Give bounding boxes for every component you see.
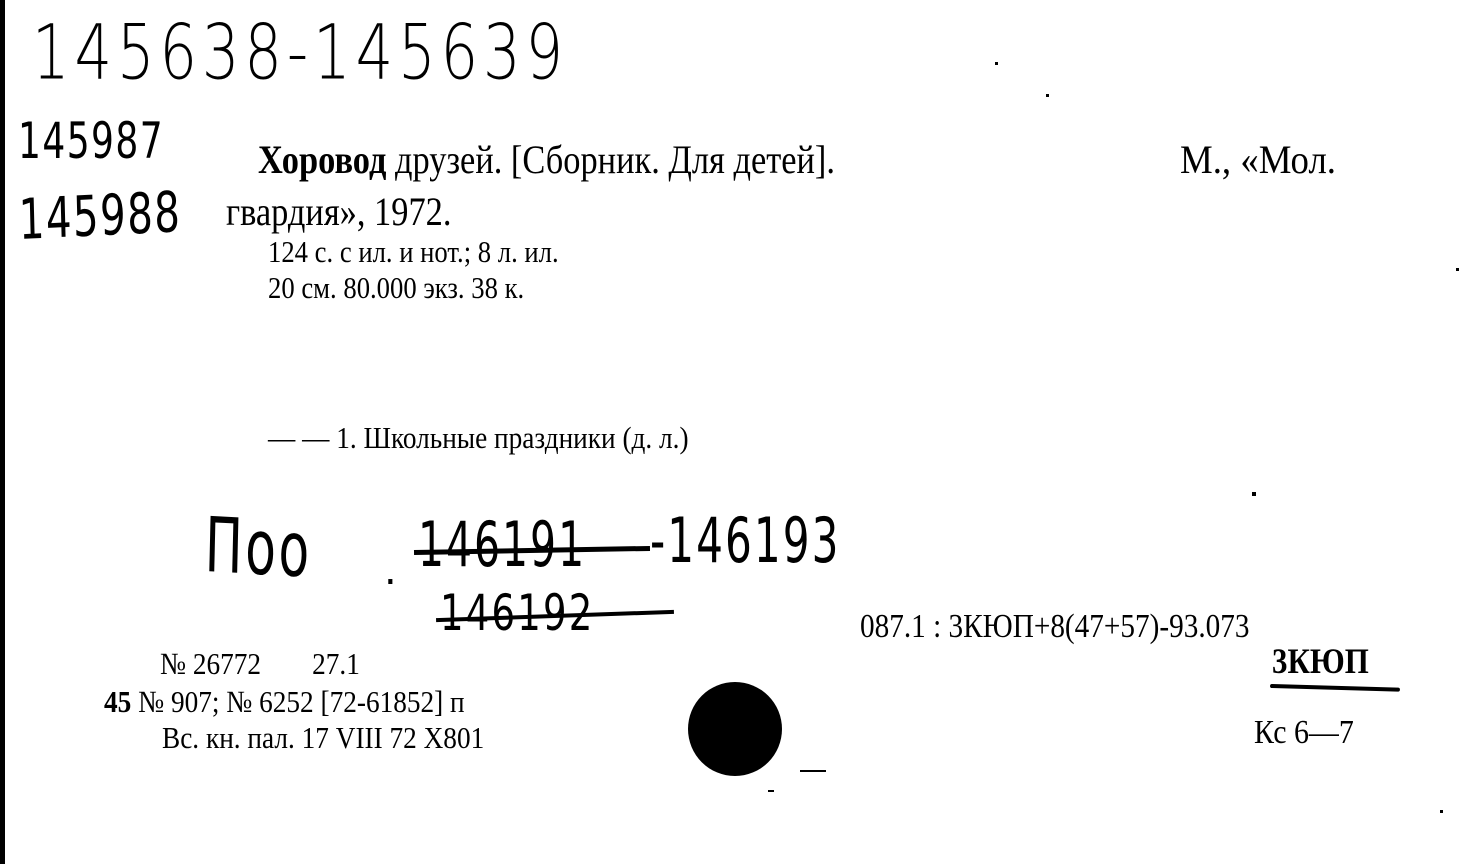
scan-speck xyxy=(1440,810,1443,813)
collation-line-1: 124 с. с ил. и нот.; 8 л. ил. xyxy=(268,234,559,270)
registration-line-2: 45 № 907; № 6252 [72-61852] п xyxy=(104,684,465,720)
handwritten-inventory-number-2: 145988 xyxy=(18,180,182,253)
title-line: Хоровод друзей. [Сборник. Для детей]. xyxy=(258,136,835,183)
registration-line-1: № 2677227.1 xyxy=(160,646,360,682)
handwritten-inventory-number-1: 145987 xyxy=(18,112,164,170)
scan-speck xyxy=(1252,492,1256,496)
registration-bold-number: 45 xyxy=(104,684,131,719)
title-rest: друзей. [Сборник. Для детей]. xyxy=(386,137,835,182)
registration-number: № 26772 xyxy=(160,646,261,681)
handwritten-inventory-range: 145638-145639 xyxy=(32,8,568,96)
scan-speck xyxy=(1456,268,1459,271)
handwritten-struck-number-1: 146191 xyxy=(418,508,586,581)
publisher-start: М., «Мол. xyxy=(1180,136,1336,183)
registration-line-2-rest: № 907; № 6252 [72-61852] п xyxy=(131,684,464,719)
catalog-card: 145638-145639 145987 145988 Хоровод друз… xyxy=(0,0,1480,864)
scan-speck xyxy=(800,770,826,772)
handwritten-note-prefix: Поо xyxy=(204,500,313,595)
handwritten-dot: . xyxy=(384,548,401,594)
registration-suffix: 27.1 xyxy=(312,646,360,681)
scan-speck xyxy=(995,62,998,65)
registration-line-3: Вс. кн. пал. 17 VIII 72 Х801 xyxy=(162,720,484,756)
subject-heading: — — 1. Школьные праздники (д. л.) xyxy=(268,420,689,456)
scan-speck xyxy=(1046,94,1049,97)
title-bold: Хоровод xyxy=(258,137,386,182)
handwritten-range-end: -146193 xyxy=(650,504,840,577)
author-mark-underline xyxy=(1270,684,1400,692)
classification-index: 087.1 : 3КЮП+8(47+57)-93.073 xyxy=(860,608,1250,646)
scan-speck xyxy=(768,790,774,792)
card-left-edge xyxy=(0,0,5,864)
shelf-code: Кс 6—7 xyxy=(1254,714,1354,752)
collation-line-2: 20 см. 80.000 экз. 38 к. xyxy=(268,270,524,306)
publisher-end: гвардия», 1972. xyxy=(226,188,451,235)
punch-hole xyxy=(688,682,782,776)
author-mark: 3КЮП xyxy=(1272,640,1369,682)
